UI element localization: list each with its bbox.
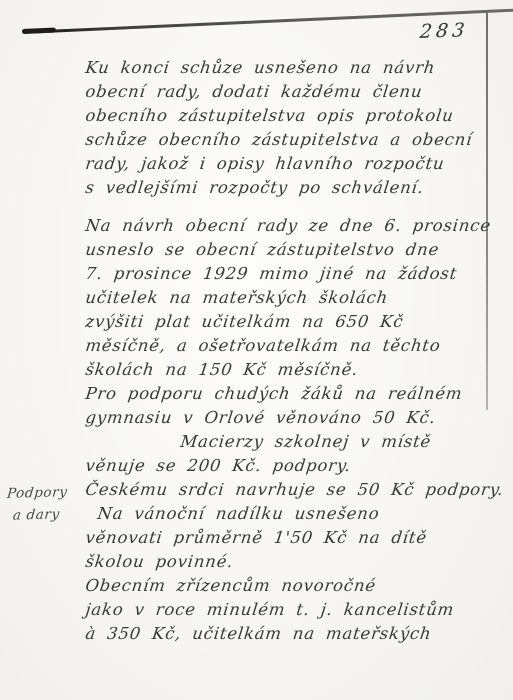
handwritten-line: Českému srdci navrhuje se 50 Kč podpory. <box>84 478 487 502</box>
handwritten-line: obecního zástupitelstva opis protokolu <box>84 104 487 128</box>
handwritten-line: věnovati průměrně 1'50 Kč na dítě <box>84 526 487 550</box>
handwritten-line: věnuje se 200 Kč. podpory. <box>84 454 487 478</box>
scanned-document-page: 283 Podpory a dary Ku konci schůze usneš… <box>0 0 513 700</box>
handwritten-line: Obecním zřízencům novoročné <box>84 574 487 598</box>
handwritten-line: gymnasiu v Orlové věnováno 50 Kč. <box>84 406 487 430</box>
handwritten-line: učitelek na mateřských školách <box>84 286 487 310</box>
scan-right-edge-line <box>486 12 488 410</box>
handwritten-line: 7. prosince 1929 mimo jiné na žádost <box>84 262 487 286</box>
scan-top-edge-smudge <box>22 27 56 34</box>
handwritten-body: Ku konci schůze usnešeno na návrh obecní… <box>84 56 484 646</box>
handwritten-line: měsíčně, a ošetřovatelkám na těchto <box>84 334 487 358</box>
handwritten-line: Ku konci schůze usnešeno na návrh <box>84 56 487 80</box>
page-number: 283 <box>419 19 470 43</box>
handwritten-line: s vedlejšími rozpočty po schválení. <box>84 176 487 200</box>
handwritten-line: zvýšiti plat učitelkám na 650 Kč <box>84 310 487 334</box>
handwritten-line: Macierzy szkolnej v místě <box>179 430 487 454</box>
handwritten-line: rady, jakož i opisy hlavního rozpočtu <box>84 152 487 176</box>
handwritten-line: školách na 150 Kč měsíčně. <box>84 358 487 382</box>
handwritten-line: jako v roce minulém t. j. kancelistům <box>84 598 487 622</box>
handwritten-line: školou povinné. <box>84 550 487 574</box>
margin-note: Podpory a dary <box>4 481 69 527</box>
margin-note-line: a dary <box>12 503 67 526</box>
handwritten-line: schůze obecního zástupitelstva a obecní <box>84 128 487 152</box>
handwritten-line: Pro podporu chudých žáků na reálném <box>84 382 487 406</box>
margin-note-line: Podpory <box>6 481 69 505</box>
handwritten-line: obecní rady, dodati každému členu <box>84 80 487 104</box>
handwritten-line: Na návrh obecní rady ze dne 6. prosince <box>84 214 487 238</box>
handwritten-line: à 350 Kč, učitelkám na mateřských <box>84 622 487 646</box>
handwritten-line: Na vánoční nadílku usnešeno <box>96 502 487 526</box>
handwritten-line: usneslo se obecní zástupitelstvo dne <box>84 238 487 262</box>
